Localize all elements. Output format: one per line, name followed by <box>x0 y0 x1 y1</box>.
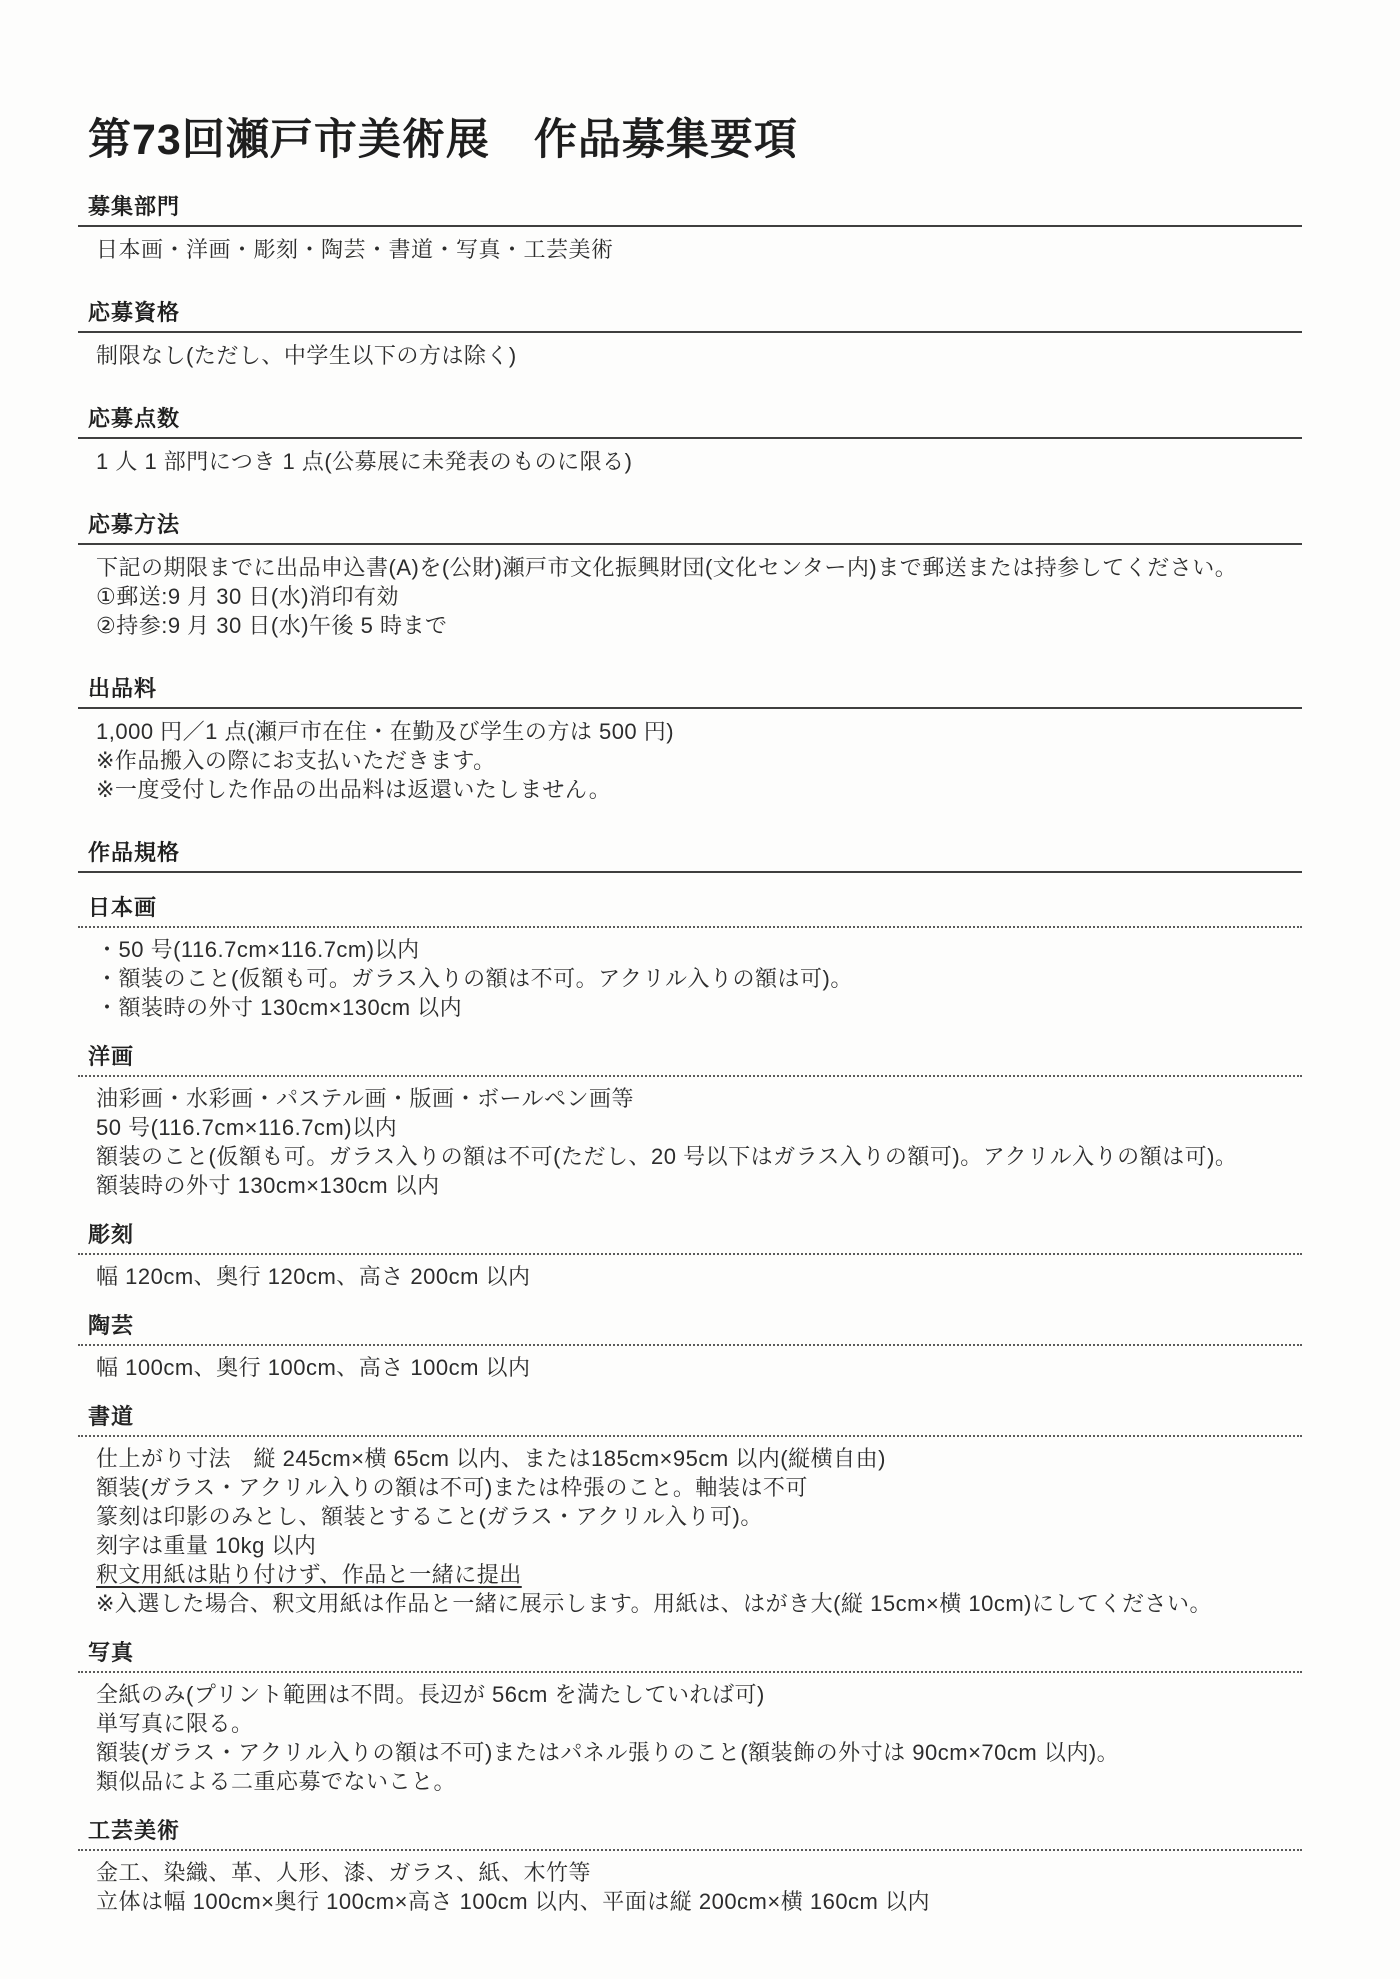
section: 応募資格制限なし(ただし、中学生以下の方は除く) <box>88 300 1302 370</box>
category-rule <box>78 1435 1302 1437</box>
category-name: 書道 <box>88 1404 1302 1430</box>
section-heading-rule <box>78 331 1302 333</box>
section-body: 下記の期限までに出品申込書(A)を(公財)瀬戸市文化振興財団(文化センター内)ま… <box>88 553 1302 640</box>
section-text-line: 制限なし(ただし、中学生以下の方は除く) <box>88 341 1302 370</box>
category-text-line: ※入選した場合、釈文用紙は作品と一緒に展示します。用紙は、はがき大(縦 15cm… <box>88 1589 1302 1618</box>
spec-category: 彫刻幅 120cm、奥行 120cm、高さ 200cm 以内 <box>88 1222 1302 1291</box>
spec-category: 工芸美術金工、染織、革、人形、漆、ガラス、紙、木竹等立体は幅 100cm×奥行 … <box>88 1818 1302 1916</box>
category-body: 油彩画・水彩画・パステル画・版画・ボールペン画等50 号(116.7cm×116… <box>88 1084 1302 1200</box>
category-text-line: ・50 号(116.7cm×116.7cm)以内 <box>88 935 1302 964</box>
section-heading: 出品料 <box>88 676 1302 702</box>
work-specs-heading-rule <box>78 871 1302 873</box>
section: 募集部門日本画・洋画・彫刻・陶芸・書道・写真・工芸美術 <box>88 194 1302 264</box>
section-text-line: 下記の期限までに出品申込書(A)を(公財)瀬戸市文化振興財団(文化センター内)ま… <box>88 553 1302 582</box>
section-text-line: 1,000 円／1 点(瀬戸市在住・在勤及び学生の方は 500 円) <box>88 717 1302 746</box>
category-text-line: ・額装のこと(仮額も可。ガラス入りの額は不可。アクリル入りの額は可)。 <box>88 964 1302 993</box>
section-text-line: ②持参:9 月 30 日(水)午後 5 時まで <box>88 611 1302 640</box>
category-name: 洋画 <box>88 1044 1302 1070</box>
category-body: 幅 100cm、奥行 100cm、高さ 100cm 以内 <box>88 1353 1302 1382</box>
section-body: 制限なし(ただし、中学生以下の方は除く) <box>88 341 1302 370</box>
category-text-line: 仕上がり寸法 縦 245cm×横 65cm 以内、または185cm×95cm 以… <box>88 1444 1302 1473</box>
sections-container: 募集部門日本画・洋画・彫刻・陶芸・書道・写真・工芸美術応募資格制限なし(ただし、… <box>88 194 1302 1916</box>
category-body: ・50 号(116.7cm×116.7cm)以内・額装のこと(仮額も可。ガラス入… <box>88 935 1302 1022</box>
work-specs-heading: 作品規格 <box>88 840 1302 866</box>
category-text-line: 全紙のみ(プリント範囲は不問。長辺が 56cm を満たしていれば可) <box>88 1680 1302 1709</box>
section-heading-rule <box>78 543 1302 545</box>
category-name: 彫刻 <box>88 1222 1302 1248</box>
category-text-line: 立体は幅 100cm×奥行 100cm×高さ 100cm 以内、平面は縦 200… <box>88 1887 1302 1916</box>
category-text-line: 篆刻は印影のみとし、額装とすること(ガラス・アクリル入り可)。 <box>88 1502 1302 1531</box>
category-rule <box>78 1671 1302 1673</box>
spec-category: 日本画・50 号(116.7cm×116.7cm)以内・額装のこと(仮額も可。ガ… <box>88 895 1302 1022</box>
section: 出品料1,000 円／1 点(瀬戸市在住・在勤及び学生の方は 500 円)※作品… <box>88 676 1302 804</box>
section-body: 1 人 1 部門につき 1 点(公募展に未発表のものに限る) <box>88 447 1302 476</box>
category-rule <box>78 926 1302 928</box>
category-text-line: 釈文用紙は貼り付けず、作品と一緒に提出 <box>88 1560 1302 1589</box>
category-body: 仕上がり寸法 縦 245cm×横 65cm 以内、または185cm×95cm 以… <box>88 1444 1302 1618</box>
section-body: 1,000 円／1 点(瀬戸市在住・在勤及び学生の方は 500 円)※作品搬入の… <box>88 717 1302 804</box>
section-heading-rule <box>78 225 1302 227</box>
section-heading: 応募資格 <box>88 300 1302 326</box>
spec-category: 写真全紙のみ(プリント範囲は不問。長辺が 56cm を満たしていれば可)単写真に… <box>88 1640 1302 1796</box>
category-text-line: ・額装時の外寸 130cm×130cm 以内 <box>88 993 1302 1022</box>
document-content: 第73回瀬戸市美術展 作品募集要項 募集部門日本画・洋画・彫刻・陶芸・書道・写真… <box>88 116 1302 1916</box>
category-text-line: 50 号(116.7cm×116.7cm)以内 <box>88 1113 1302 1142</box>
section-work-specs: 作品規格日本画・50 号(116.7cm×116.7cm)以内・額装のこと(仮額… <box>88 840 1302 1916</box>
section-text-line: 日本画・洋画・彫刻・陶芸・書道・写真・工芸美術 <box>88 235 1302 264</box>
category-name: 写真 <box>88 1640 1302 1666</box>
category-body: 金工、染織、革、人形、漆、ガラス、紙、木竹等立体は幅 100cm×奥行 100c… <box>88 1858 1302 1916</box>
category-rule <box>78 1075 1302 1077</box>
section: 応募方法下記の期限までに出品申込書(A)を(公財)瀬戸市文化振興財団(文化センタ… <box>88 512 1302 640</box>
section-body: 日本画・洋画・彫刻・陶芸・書道・写真・工芸美術 <box>88 235 1302 264</box>
category-text-line: 額装時の外寸 130cm×130cm 以内 <box>88 1171 1302 1200</box>
section-heading: 募集部門 <box>88 194 1302 220</box>
document-page: 第73回瀬戸市美術展 作品募集要項 募集部門日本画・洋画・彫刻・陶芸・書道・写真… <box>0 0 1400 1979</box>
category-text-line: 額装(ガラス・アクリル入りの額は不可)またはパネル張りのこと(額装飾の外寸は 9… <box>88 1738 1302 1767</box>
category-text-line: 油彩画・水彩画・パステル画・版画・ボールペン画等 <box>88 1084 1302 1113</box>
category-rule <box>78 1344 1302 1346</box>
section: 応募点数1 人 1 部門につき 1 点(公募展に未発表のものに限る) <box>88 406 1302 476</box>
section-text-line: ※作品搬入の際にお支払いただきます。 <box>88 746 1302 775</box>
category-text-line: 類似品による二重応募でないこと。 <box>88 1767 1302 1796</box>
section-text-line: ①郵送:9 月 30 日(水)消印有効 <box>88 582 1302 611</box>
spec-category: 洋画油彩画・水彩画・パステル画・版画・ボールペン画等50 号(116.7cm×1… <box>88 1044 1302 1200</box>
section-heading: 応募点数 <box>88 406 1302 432</box>
category-text-line: 金工、染織、革、人形、漆、ガラス、紙、木竹等 <box>88 1858 1302 1887</box>
section-heading-rule <box>78 707 1302 709</box>
category-name: 陶芸 <box>88 1313 1302 1339</box>
category-body: 幅 120cm、奥行 120cm、高さ 200cm 以内 <box>88 1262 1302 1291</box>
section-heading-rule <box>78 437 1302 439</box>
category-text-line: 単写真に限る。 <box>88 1709 1302 1738</box>
category-body: 全紙のみ(プリント範囲は不問。長辺が 56cm を満たしていれば可)単写真に限る… <box>88 1680 1302 1796</box>
category-rule <box>78 1253 1302 1255</box>
spec-category: 書道仕上がり寸法 縦 245cm×横 65cm 以内、または185cm×95cm… <box>88 1404 1302 1618</box>
category-text-line: 幅 120cm、奥行 120cm、高さ 200cm 以内 <box>88 1262 1302 1291</box>
category-name: 工芸美術 <box>88 1818 1302 1844</box>
category-text-line: 幅 100cm、奥行 100cm、高さ 100cm 以内 <box>88 1353 1302 1382</box>
category-rule <box>78 1849 1302 1851</box>
category-text-line: 額装(ガラス・アクリル入りの額は不可)または枠張のこと。軸装は不可 <box>88 1473 1302 1502</box>
section-heading: 応募方法 <box>88 512 1302 538</box>
section-text-line: ※一度受付した作品の出品料は返還いたしません。 <box>88 775 1302 804</box>
page-title: 第73回瀬戸市美術展 作品募集要項 <box>88 116 1302 164</box>
category-name: 日本画 <box>88 895 1302 921</box>
category-text-line: 刻字は重量 10kg 以内 <box>88 1531 1302 1560</box>
section-text-line: 1 人 1 部門につき 1 点(公募展に未発表のものに限る) <box>88 447 1302 476</box>
category-text-line: 額装のこと(仮額も可。ガラス入りの額は不可(ただし、20 号以下はガラス入りの額… <box>88 1142 1302 1171</box>
spec-category: 陶芸幅 100cm、奥行 100cm、高さ 100cm 以内 <box>88 1313 1302 1382</box>
